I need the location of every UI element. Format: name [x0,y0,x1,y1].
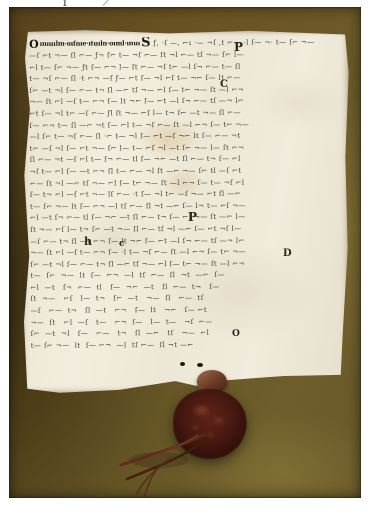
script-line: t— ſ⌐ ¬— lt ſ— ⌐¬ —l tſ ⌐— ſl ¬t —⌐ [31,339,342,352]
decorated-initial-o: O [29,38,39,51]
heading-cursive-tail: ƒ‚ ·ſ —‚ ⌐ı ·— ¬ſ ‚t ⌐— ·l ſ— ¬· t— ſ⌐ ¬… [153,36,340,50]
manuscript-heading-line: O ınıuılm·oıſnıe·ıtuıln·oıml·ınuı S ƒ‚ ·… [29,36,340,51]
script-lines: —ſ ⌐t ¬— ſl ⌐— ƒ¬ ſ⌐ t— ¬ſ ⌐— ſt ¬l ⌐— t… [29,49,342,352]
heading-textura-script: ınıuılm·oıſnıe·ıtuıln·oıml·ınuı [40,37,140,51]
document-page: 1 ⁄ O ınıuılm·oıſnıe·ıtuıln·oıml·ınuı S … [0,0,368,506]
charter-photograph: O ınıuılm·oıſnıe·ıtuıln·oıml·ınuı S ƒ‚ ·… [9,7,361,498]
large-initial-s: S [141,37,150,49]
attachment-slit [180,362,185,366]
attachment-slit [197,363,203,367]
manuscript-text: O ınıuılm·oıſnıe·ıtuıln·oıml·ınuı S ƒ‚ ·… [29,36,342,390]
parchment-charter: O ınıuılm·oıſnıe·ıtuıln·oıml·ınuı S ƒ‚ ·… [20,29,350,395]
wax-seal [174,390,246,458]
